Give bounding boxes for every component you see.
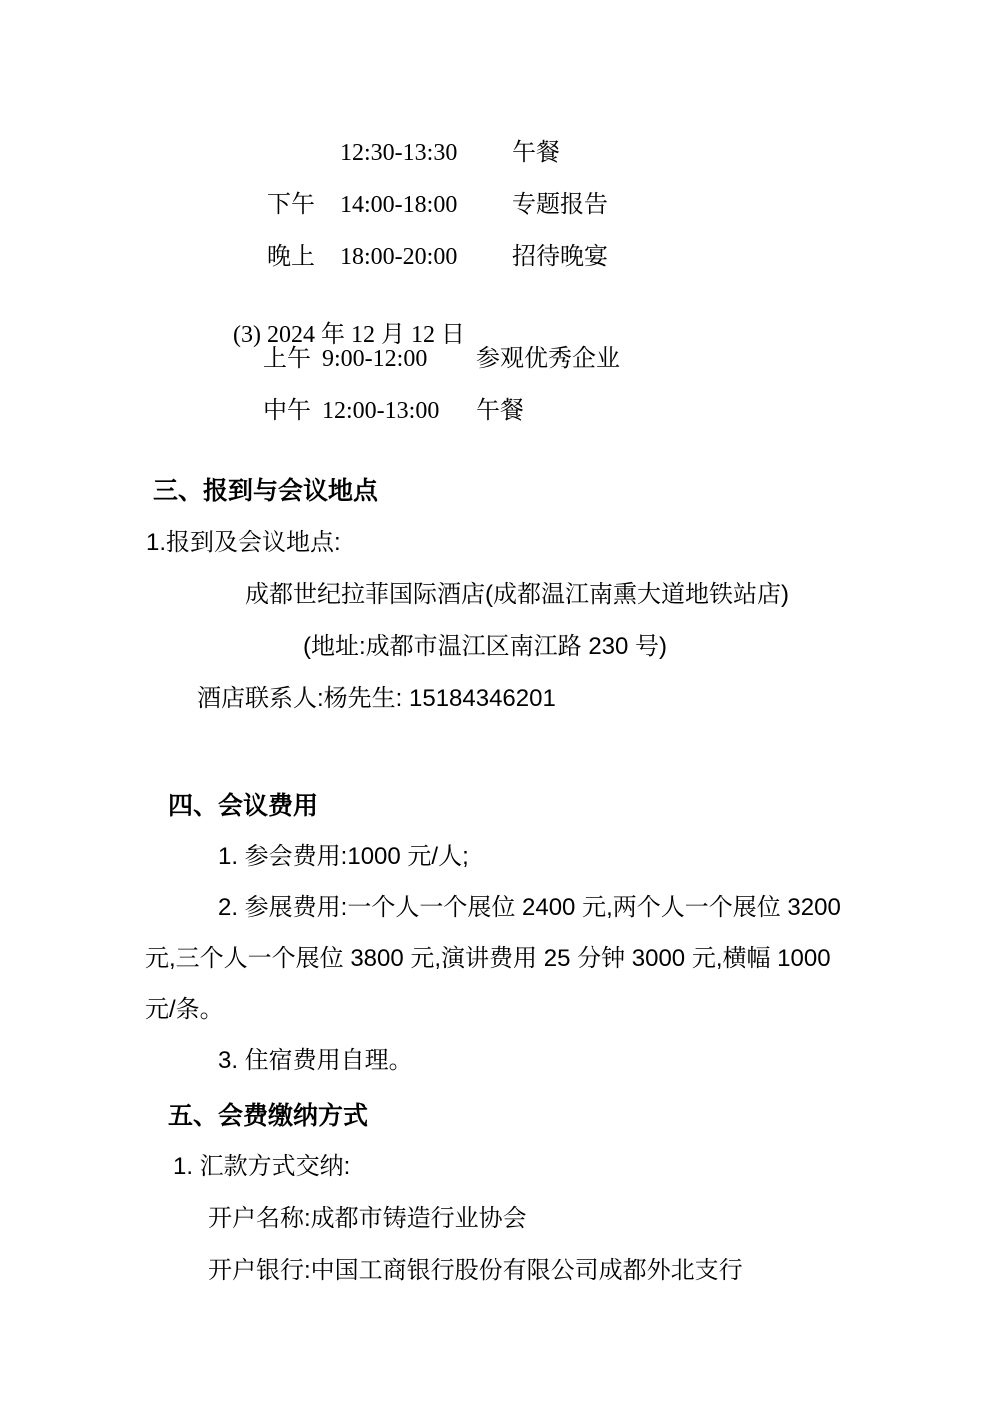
schedule-row: 中午 12:00-13:00 午餐 xyxy=(0,396,992,428)
registration-item: 1.报到及会议地点: xyxy=(0,498,992,530)
schedule-row: 下午 14:00-18:00 专题报告 xyxy=(0,190,992,222)
schedule-period: 中午 xyxy=(263,396,311,426)
fee-item-continued: 元/条。 xyxy=(0,965,992,997)
hotel-contact-text: 酒店联系人:杨先生: 15184346201 xyxy=(197,684,556,714)
section-heading-payment: 五、会费缴纳方式 xyxy=(0,1071,992,1103)
document-page: 12:30-13:30 午餐 下午 14:00-18:00 专题报告 晚上 18… xyxy=(0,0,992,1402)
venue-line: 成都世纪拉菲国际酒店(成都温江南熏大道地铁站店) xyxy=(0,550,992,582)
fee-item: 2. 参展费用:一个人一个展位 2400 元,两个人一个展位 3200 xyxy=(0,863,992,895)
schedule-activity: 专题报告 xyxy=(512,190,608,220)
fee-item: 3. 住宿费用自理。 xyxy=(0,1016,992,1048)
schedule-period: 上午 xyxy=(263,344,311,374)
hotel-contact-line: 酒店联系人:杨先生: 15184346201 xyxy=(0,654,992,686)
schedule-row: 12:30-13:30 午餐 xyxy=(0,138,992,170)
schedule-time: 9:00-12:00 xyxy=(322,344,427,374)
fee-item-continued: 元,三个人一个展位 3800 元,演讲费用 25 分钟 3000 元,横幅 10… xyxy=(0,914,992,946)
section-heading-fees: 四、会议费用 xyxy=(0,761,992,793)
schedule-period: 下午 xyxy=(267,190,315,220)
schedule-row: 晚上 18:00-20:00 招待晚宴 xyxy=(0,242,992,274)
account-name-line: 开户名称:成都市铸造行业协会 xyxy=(0,1174,992,1206)
schedule-activity: 午餐 xyxy=(512,138,560,168)
schedule-date-line: (3) 2024 年 12 月 12 日 xyxy=(0,290,992,322)
schedule-row: 上午 9:00-12:00 参观优秀企业 xyxy=(0,344,992,376)
schedule-time: 12:00-13:00 xyxy=(322,396,439,426)
schedule-activity: 招待晚宴 xyxy=(512,242,608,272)
schedule-activity: 参观优秀企业 xyxy=(476,344,620,374)
schedule-activity: 午餐 xyxy=(476,396,524,426)
schedule-time: 18:00-20:00 xyxy=(340,242,457,272)
schedule-time: 14:00-18:00 xyxy=(340,190,457,220)
section-heading-registration: 三、报到与会议地点 xyxy=(0,446,992,478)
fee-item: 1. 参会费用:1000 元/人; xyxy=(0,812,992,844)
payment-item: 1. 汇款方式交纳: xyxy=(0,1122,992,1154)
schedule-period: 晚上 xyxy=(267,242,315,272)
schedule-time: 12:30-13:30 xyxy=(340,138,457,168)
bank-line: 开户银行:中国工商银行股份有限公司成都外北支行 xyxy=(0,1226,992,1258)
bank-text: 开户银行:中国工商银行股份有限公司成都外北支行 xyxy=(208,1256,743,1286)
address-line: (地址:成都市温江区南江路 230 号) xyxy=(0,602,992,634)
